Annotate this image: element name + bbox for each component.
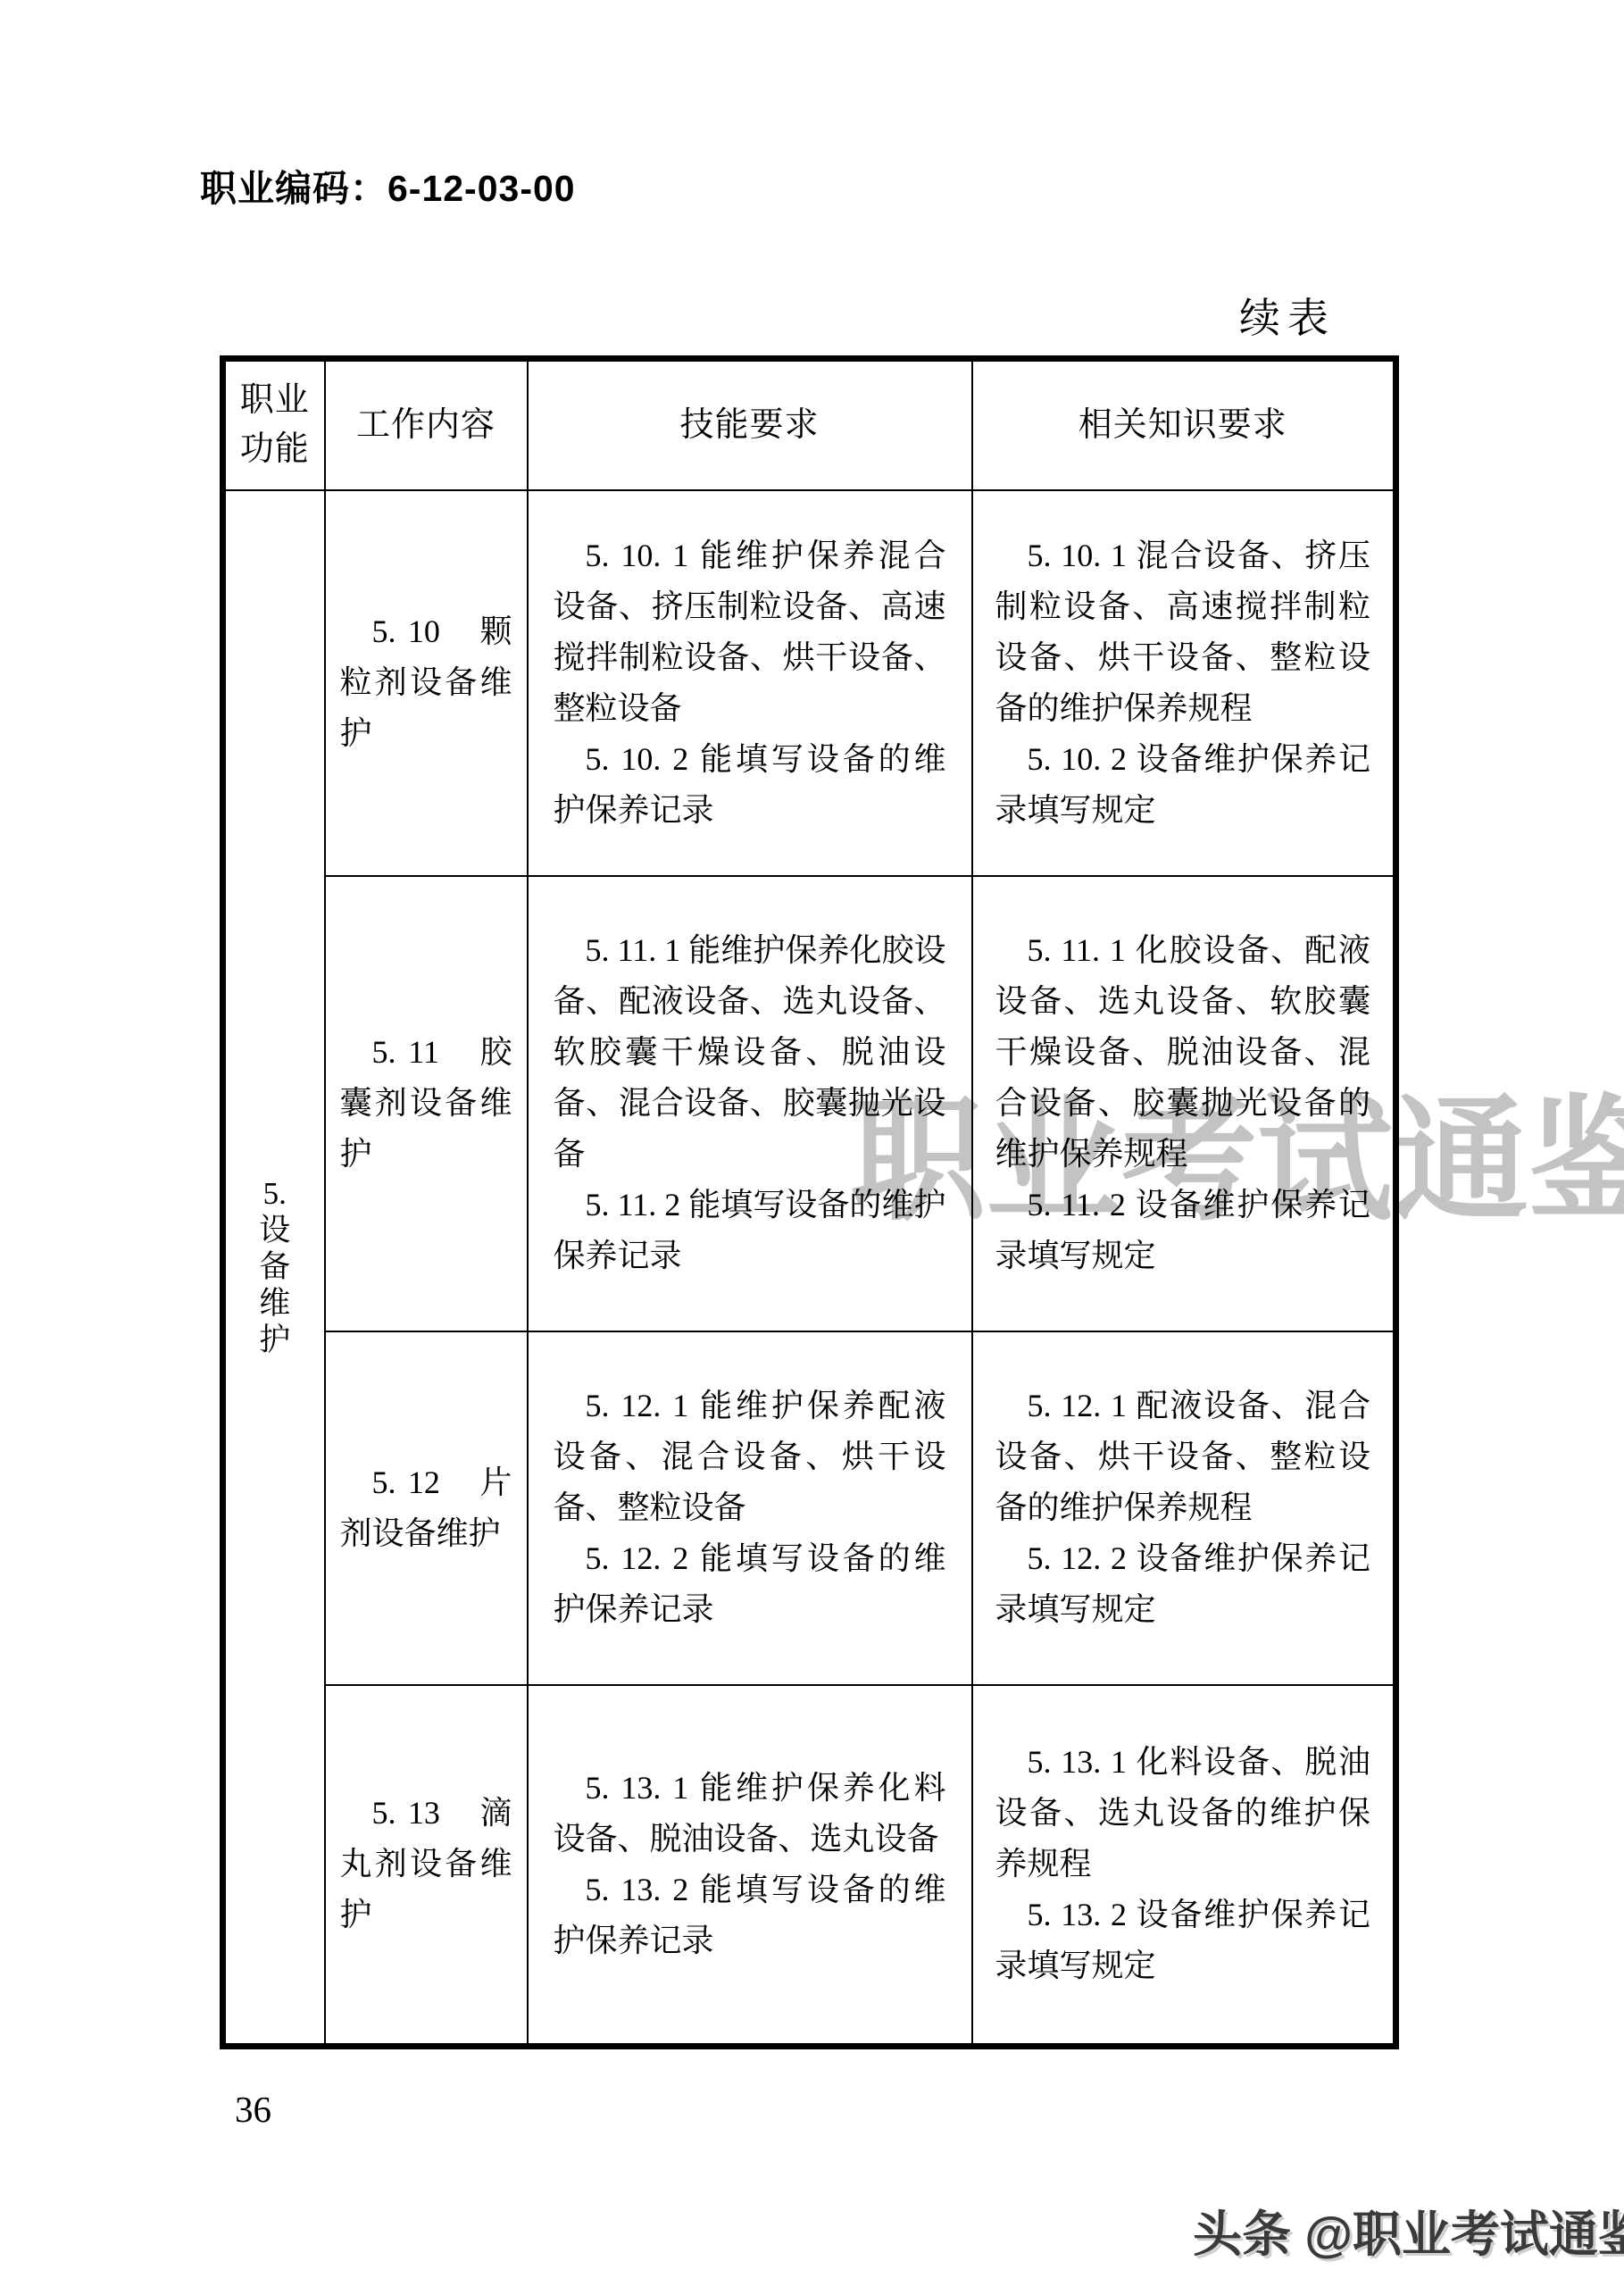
skill-item: 5. 12. 1 能维护保养配液设备、混合设备、烘干设备、整粒设备 bbox=[554, 1381, 946, 1533]
skill-item: 5. 12. 2 能填写设备的维护保养记录 bbox=[554, 1533, 946, 1635]
work-content-text: 5. 13 滴丸剂设备维护 bbox=[340, 1788, 512, 1940]
knowledge-item: 5. 13. 2 设备维护保养记录填写规定 bbox=[995, 1890, 1371, 1991]
table-header-row: 职业功能 工作内容 技能要求 相关知识要求 bbox=[223, 359, 1396, 490]
work-content-cell: 5. 11 胶囊剂设备维护 bbox=[325, 876, 528, 1331]
work-content-cell: 5. 12 片剂设备维护 bbox=[325, 1331, 528, 1685]
knowledge-item: 5. 13. 1 化料设备、脱油设备、选丸设备的维护保养规程 bbox=[995, 1737, 1371, 1890]
knowledge-requirements-cell: 5. 13. 1 化料设备、脱油设备、选丸设备的维护保养规程 5. 13. 2 … bbox=[972, 1685, 1396, 2047]
knowledge-requirements-cell: 5. 11. 1 化胶设备、配液设备、选丸设备、软胶囊干燥设备、脱油设备、混合设… bbox=[972, 876, 1396, 1331]
knowledge-item: 5. 11. 2 设备维护保养记录填写规定 bbox=[995, 1180, 1371, 1281]
header-skill-requirements: 技能要求 bbox=[528, 359, 972, 490]
skill-item: 5. 13. 1 能维护保养化料设备、脱油设备、选丸设备 bbox=[554, 1763, 946, 1865]
table-row: 5. 设备维护 5. 10 颗粒剂设备维护 5. 10. 1 能维护保养混合设备… bbox=[223, 490, 1396, 876]
header-knowledge-requirements: 相关知识要求 bbox=[972, 359, 1396, 490]
work-content-cell: 5. 10 颗粒剂设备维护 bbox=[325, 490, 528, 876]
knowledge-requirements-cell: 5. 10. 1 混合设备、挤压制粒设备、高速搅拌制粒设备、烘干设备、整粒设备的… bbox=[972, 490, 1396, 876]
occupational-standard-table: 职业功能 工作内容 技能要求 相关知识要求 5. 设备维护 5. 10 颗粒剂设… bbox=[220, 355, 1399, 2049]
skill-item: 5. 13. 2 能填写设备的维护保养记录 bbox=[554, 1865, 946, 1966]
knowledge-item: 5. 10. 2 设备维护保养记录填写规定 bbox=[995, 734, 1371, 836]
scanned-document-page: { "page": { "occupation_code": "职业编码：6-1… bbox=[0, 0, 1624, 2278]
skill-requirements-cell: 5. 13. 1 能维护保养化料设备、脱油设备、选丸设备 5. 13. 2 能填… bbox=[528, 1685, 972, 2047]
skill-item: 5. 10. 1 能维护保养混合设备、挤压制粒设备、高速搅拌制粒设备、烘干设备、… bbox=[554, 530, 946, 734]
header-occupational-function: 职业功能 bbox=[223, 359, 325, 490]
knowledge-item: 5. 11. 1 化胶设备、配液设备、选丸设备、软胶囊干燥设备、脱油设备、混合设… bbox=[995, 925, 1371, 1180]
work-content-text: 5. 11 胶囊剂设备维护 bbox=[340, 1027, 512, 1180]
knowledge-requirements-cell: 5. 12. 1 配液设备、混合设备、烘干设备、整粒设备的维护保养规程 5. 1… bbox=[972, 1331, 1396, 1685]
continued-table-label: 续表 bbox=[1239, 286, 1336, 345]
page-number: 36 bbox=[235, 2088, 271, 2131]
knowledge-item: 5. 12. 2 设备维护保养记录填写规定 bbox=[995, 1533, 1371, 1635]
work-content-text: 5. 10 颗粒剂设备维护 bbox=[340, 606, 512, 759]
work-content-cell: 5. 13 滴丸剂设备维护 bbox=[325, 1685, 528, 2047]
skill-item: 5. 11. 1 能维护保养化胶设备、配液设备、选丸设备、软胶囊干燥设备、脱油设… bbox=[554, 925, 946, 1180]
occupational-function-cell: 5. 设备维护 bbox=[223, 490, 325, 2047]
skill-item: 5. 10. 2 能填写设备的维护保养记录 bbox=[554, 734, 946, 836]
table-row: 5. 11 胶囊剂设备维护 5. 11. 1 能维护保养化胶设备、配液设备、选丸… bbox=[223, 876, 1396, 1331]
table-row: 5. 12 片剂设备维护 5. 12. 1 能维护保养配液设备、混合设备、烘干设… bbox=[223, 1331, 1396, 1685]
skill-requirements-cell: 5. 11. 1 能维护保养化胶设备、配液设备、选丸设备、软胶囊干燥设备、脱油设… bbox=[528, 876, 972, 1331]
skill-item: 5. 11. 2 能填写设备的维护保养记录 bbox=[554, 1180, 946, 1281]
table-row: 5. 13 滴丸剂设备维护 5. 13. 1 能维护保养化料设备、脱油设备、选丸… bbox=[223, 1685, 1396, 2047]
knowledge-item: 5. 10. 1 混合设备、挤压制粒设备、高速搅拌制粒设备、烘干设备、整粒设备的… bbox=[995, 530, 1371, 734]
footer-credit: 头条 @职业考试通鉴 bbox=[1193, 2195, 1624, 2265]
header-work-content: 工作内容 bbox=[325, 359, 528, 490]
skill-requirements-cell: 5. 12. 1 能维护保养配液设备、混合设备、烘干设备、整粒设备 5. 12.… bbox=[528, 1331, 972, 1685]
occupation-code-label: 职业编码：6-12-03-00 bbox=[200, 159, 576, 212]
skill-requirements-cell: 5. 10. 1 能维护保养混合设备、挤压制粒设备、高速搅拌制粒设备、烘干设备、… bbox=[528, 490, 972, 876]
work-content-text: 5. 12 片剂设备维护 bbox=[340, 1457, 512, 1559]
knowledge-item: 5. 12. 1 配液设备、混合设备、烘干设备、整粒设备的维护保养规程 bbox=[995, 1381, 1371, 1533]
